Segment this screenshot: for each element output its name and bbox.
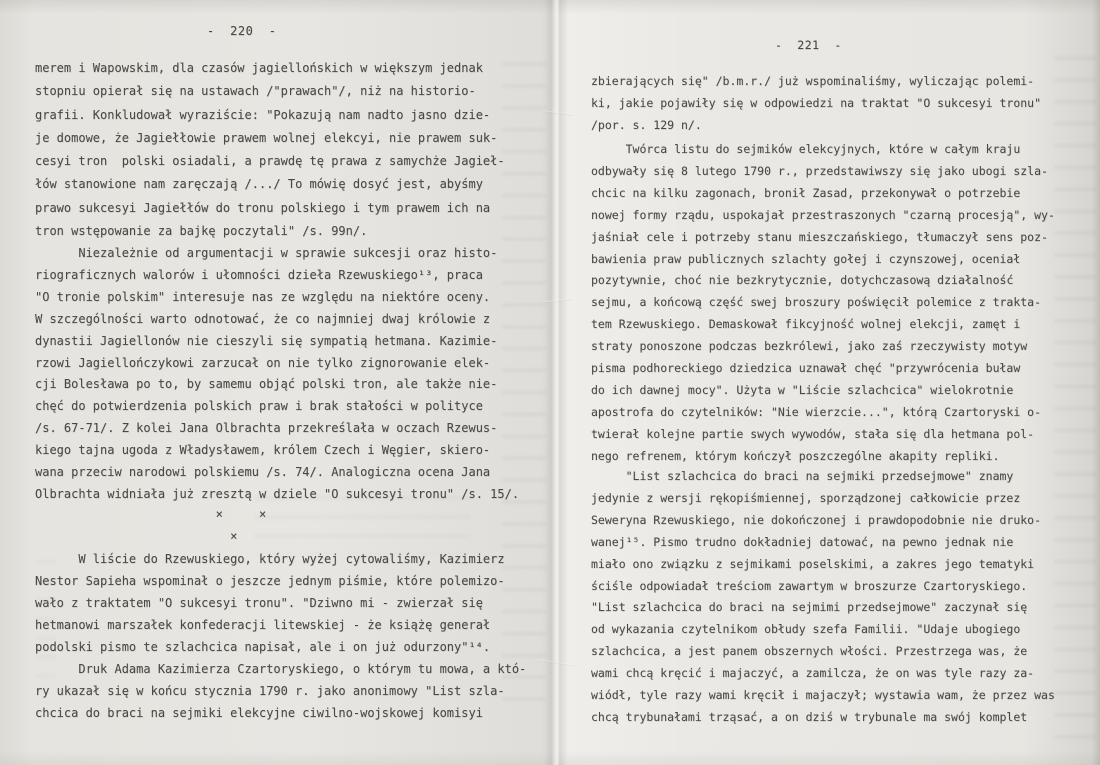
bleed-through-text (1054, 56, 1096, 756)
text-line: Seweryna Rzewuskiego, nie dokończonej i … (591, 510, 1055, 532)
text-line: W liście do Rzewuskiego, który wyżej cyt… (35, 549, 505, 571)
text-line: odbywały się 8 lutego 1790 r., przedstaw… (591, 161, 1055, 183)
text-line: "List szlachcica do braci na sejmiki prz… (591, 466, 1055, 488)
text-line: prawo sukcesyi Jagiełłów do tronu polski… (35, 197, 505, 220)
text-line: ry ukazał się w końcu stycznia 1790 r. j… (35, 681, 526, 703)
text-line: kiego tajna ugoda z Władysławem, królem … (35, 440, 519, 462)
text-line: wiódł, tyle razy wami kręcił i majaczył;… (591, 685, 1055, 707)
text-line: bawienia praw publicznych szlachty gołej… (591, 249, 1055, 271)
page-gutter-crease (544, 0, 568, 765)
text-line: /por. s. 129 n/. (591, 114, 1041, 136)
text-line: nego refrenem, którym kończył poszczegól… (591, 446, 1055, 468)
text-line: "List szlachcica do braci na sejmimi prz… (591, 597, 1055, 619)
text-line: miało ono związku z sejmikami poselskimi… (591, 554, 1055, 576)
text-line: nowej formy rządu, uspokajał przestraszo… (591, 205, 1055, 227)
fold-mark (538, 659, 576, 667)
text-line: straty ponoszone podczas bezkrólewi, jak… (591, 336, 1055, 358)
fold-mark (542, 298, 572, 303)
text-line: łów stanowione nam zaręczają /.../ To mó… (35, 173, 505, 196)
text-line: je domowe, że Jagiełłowie prawem wolnej … (35, 127, 505, 150)
text-line: × (35, 525, 266, 547)
text-line: jedynie z wersji rękopiśmiennej, sporząd… (591, 488, 1055, 510)
text-line: hetmanowi marszałek konfederacji litewsk… (35, 615, 505, 637)
text-line: sejmu, a końcową część swej broszury poś… (591, 292, 1055, 314)
text-line: grafii. Konkludował wyraziście: "Pokazuj… (35, 104, 505, 127)
text-line: pisma podhoreckiego dziedzica uznawał ch… (591, 358, 1055, 380)
text-line: chcic na kilku zagonach, bronił Zasad, p… (591, 183, 1055, 205)
top-edge-shadow (0, 0, 1100, 14)
text-line: merem i Wapowskim, dla czasów jagiellońs… (35, 57, 505, 80)
text-line: Twórca listu do sejmików elekcyjnych, kt… (591, 139, 1055, 161)
text-line: dynastii Jagiellonów nie cieszyli się sy… (35, 331, 519, 353)
text-line: chęć do potwierdzenia polskich praw i br… (35, 396, 519, 418)
text-line: W szczególności warto odnotować, że co n… (35, 309, 519, 331)
text-line: cji Bolesława po to, by samemu objąć pol… (35, 374, 519, 396)
text-line: ściśle odpowiadał treściom zawartym w br… (591, 576, 1055, 598)
right-page-paragraph-1: zbierających się" /b.m.r./ już wspominal… (591, 70, 1041, 136)
text-line: × × (35, 503, 266, 525)
text-line: rzowi Jagiellończykowi zarzucał on nie t… (35, 353, 519, 375)
text-line: wanej¹⁵. Pismo trudno dokładniej datować… (591, 532, 1055, 554)
text-line: cesyi tron polski osiadali, a prawdę tę … (35, 150, 505, 173)
text-line: Niezależnie od argumentacji w sprawie su… (35, 243, 519, 265)
text-line: stopniu opierał się na ustawach /"prawac… (35, 80, 505, 103)
text-line: pozytywnie, choć nie bezkrytycznie, doty… (591, 270, 1055, 292)
bottom-edge-shadow (0, 751, 1100, 765)
text-line: szlachcica, a jest panem obszernych włoś… (591, 641, 1055, 663)
left-page-paragraph-1: merem i Wapowskim, dla czasów jagiellońs… (35, 57, 505, 243)
text-line: ki, jakie pojawiły się w odpowiedzi na t… (591, 92, 1041, 114)
page-number-right: - 221 - (775, 38, 842, 52)
text-line: chcica do braci na sejmiki elekcyjne ciw… (35, 703, 526, 725)
text-line: "O tronie polskim" interesuje nas ze wzg… (35, 287, 519, 309)
text-line: riograficznych walorów i ułomności dzieł… (35, 265, 519, 287)
page-number-left: - 220 - (207, 24, 277, 38)
section-separator: × × × (35, 503, 266, 547)
text-line: wami chcą kręcić i majaczyć, a zamilcza,… (591, 663, 1055, 685)
text-line: apostrofa do czytelników: "Nie wierzcie.… (591, 402, 1055, 424)
text-line: jaśniał cele i potrzeby stanu mieszczańs… (591, 227, 1055, 249)
text-line: zbierających się" /b.m.r./ już wspominal… (591, 70, 1041, 92)
right-page-paragraph-2: Twórca listu do sejmików elekcyjnych, kt… (591, 139, 1055, 468)
text-line: /s. 67-71/. Z kolei Jana Olbrachta przek… (35, 418, 519, 440)
text-line: tron wstępowanie za bajkę poczytali" /s.… (35, 220, 505, 243)
book-scan-spread: - 220 - merem i Wapowskim, dla czasów ja… (0, 0, 1100, 765)
right-page-paragraph-3: "List szlachcica do braci na sejmiki prz… (591, 466, 1055, 729)
fold-mark (540, 110, 574, 116)
text-line: od wykazania czytelnikom obłudy szefa Fa… (591, 619, 1055, 641)
text-line: tem Rzewuskiego. Demaskował fikcyjność w… (591, 314, 1055, 336)
left-page-paragraph-3: W liście do Rzewuskiego, który wyżej cyt… (35, 549, 505, 659)
text-line: podolski pismo te szlachcica napisał, al… (35, 637, 505, 659)
text-line: Nestor Sapieha wspominał o jeszcze jedny… (35, 571, 505, 593)
text-line: do ich dawnej mocy". Użyta w "Liście szl… (591, 380, 1055, 402)
text-line: twierał kolejne partie swych wywodów, st… (591, 424, 1055, 446)
left-page-paragraph-4: Druk Adama Kazimierza Czartoryskiego, o … (35, 659, 526, 725)
text-line: chcą trybunałami trząsać, a on dziś w tr… (591, 707, 1055, 729)
left-page-paragraph-2: Niezależnie od argumentacji w sprawie su… (35, 243, 519, 506)
text-line: wana przeciw narodowi polskiemu /s. 74/.… (35, 462, 519, 484)
text-line: wało z traktatem "O sukcesyi tronu". "Dz… (35, 593, 505, 615)
text-line: Druk Adama Kazimierza Czartoryskiego, o … (35, 659, 526, 681)
